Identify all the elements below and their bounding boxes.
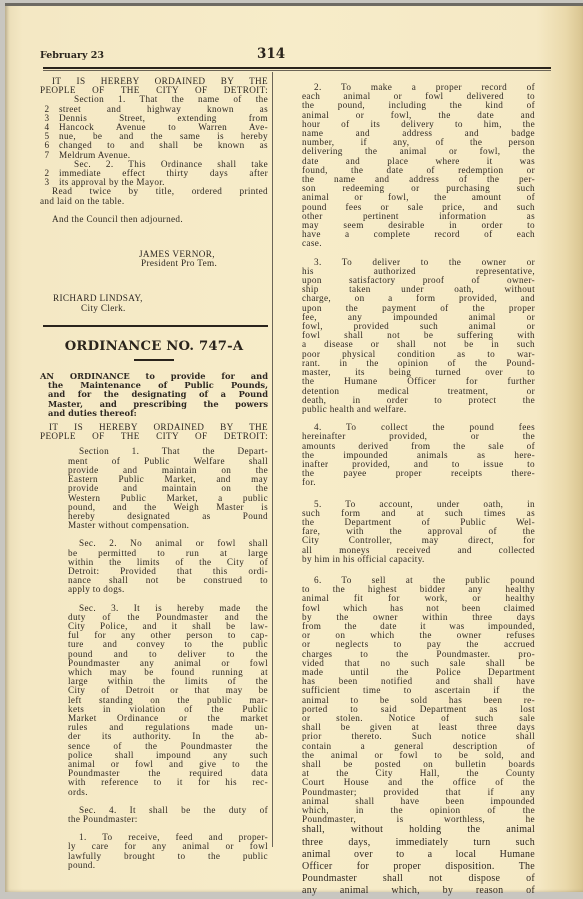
president-title: President Pro Tem. bbox=[141, 259, 268, 268]
text-line: for. bbox=[302, 478, 535, 487]
left-column: IT IS HEREBY ORDAINED BY THE PEOPLE OF T… bbox=[40, 77, 268, 870]
right-column: 2. To make a proper record of each anima… bbox=[302, 83, 535, 898]
section-divider bbox=[43, 325, 268, 327]
text-line: shall, without holding the animal bbox=[302, 824, 535, 836]
enacting-clause-line: PEOPLE OF THE CITY OF DETROIT: bbox=[40, 432, 268, 441]
text-line: apply to dogs. bbox=[68, 585, 268, 594]
ordinance-section-3: Sec. 3. It is hereby made the duty of th… bbox=[40, 604, 268, 797]
read-note-line: and laid on the table. bbox=[40, 197, 268, 206]
ordinance-section-1: Section 1. That the Depart- ment of Publ… bbox=[40, 447, 268, 530]
text-line: pound. bbox=[68, 861, 268, 870]
page-number: 314 bbox=[257, 46, 285, 62]
ordinance-section-2: Sec. 2. No animal or fowl shall be permi… bbox=[40, 539, 268, 594]
text-line: any animal which, by reason of bbox=[302, 885, 535, 897]
duty-item-3: 3. To deliver to the owner or his author… bbox=[302, 258, 535, 414]
page-header: February 23 314 bbox=[40, 47, 583, 67]
street-ordinance: IT IS HEREBY ORDAINED BY THE PEOPLE OF T… bbox=[40, 77, 268, 206]
header-rule bbox=[43, 67, 551, 69]
text-line: have a complete record of each bbox=[302, 230, 535, 239]
text-line: Officer for proper disposition. The bbox=[302, 861, 535, 873]
header-rule-thin bbox=[43, 70, 551, 71]
adjourn-text: And the Council then adjourned. bbox=[40, 215, 268, 224]
text-line: Master without compensation. bbox=[68, 521, 268, 530]
duty-item-1: 1. To receive, feed and proper- ly care … bbox=[40, 833, 268, 870]
duty-item-6-continued: shall, without holding the animal three … bbox=[302, 824, 535, 897]
text-line: the payee proper receipts there- bbox=[302, 469, 535, 478]
column-divider bbox=[272, 72, 273, 847]
ordinance-section-4: Sec. 4. It shall be the duty of the Poun… bbox=[40, 806, 268, 824]
ordinance-title: ORDINANCE NO. 747-A bbox=[40, 342, 268, 351]
page-top-edge bbox=[5, 3, 583, 6]
text-line: Poundmaster, is worthless, he bbox=[302, 815, 535, 824]
duty-item-4: 4. To collect the pound fees hereinafter… bbox=[302, 423, 535, 487]
duty-item-2: 2. To make a proper record of each anima… bbox=[302, 83, 535, 249]
text-line: public health and welfare. bbox=[302, 405, 535, 414]
text-line: with reference to it for his rec- bbox=[68, 778, 268, 787]
text-line: animal over to a local Humane bbox=[302, 849, 535, 861]
section-1-numbered-lines: 2 3 4 5 6 7 street and highway known as … bbox=[40, 105, 268, 160]
text-line: the Poundmaster: bbox=[68, 815, 268, 824]
text-line: case. bbox=[302, 239, 535, 248]
ordinance-intro: AN ORDINANCE to provide for and the Main… bbox=[40, 372, 268, 418]
scan-frame: February 23 314 IT IS HEREBY ORDAINED BY… bbox=[0, 0, 583, 899]
text-line: by him in his official capacity. bbox=[302, 555, 535, 564]
duty-item-6: 6. To sell at the public pound to the hi… bbox=[302, 576, 535, 824]
line-number: 7 bbox=[40, 151, 54, 160]
intro-line: and duties thereof: bbox=[40, 409, 268, 418]
clerk-title: City Clerk. bbox=[81, 304, 268, 313]
header-date: February 23 bbox=[40, 50, 104, 61]
text-line: lawfully brought to the public bbox=[68, 852, 268, 861]
duty-item-5: 5. To account, under oath, in such form … bbox=[302, 500, 535, 564]
text-line: three days, immediately turn such bbox=[302, 837, 535, 849]
text-line: ords. bbox=[68, 788, 268, 797]
text-line: Poundmaster shall not dispose of bbox=[302, 873, 535, 885]
section-2-numbered-lines: 2 3 immediate effect thirty days after i… bbox=[40, 169, 268, 187]
